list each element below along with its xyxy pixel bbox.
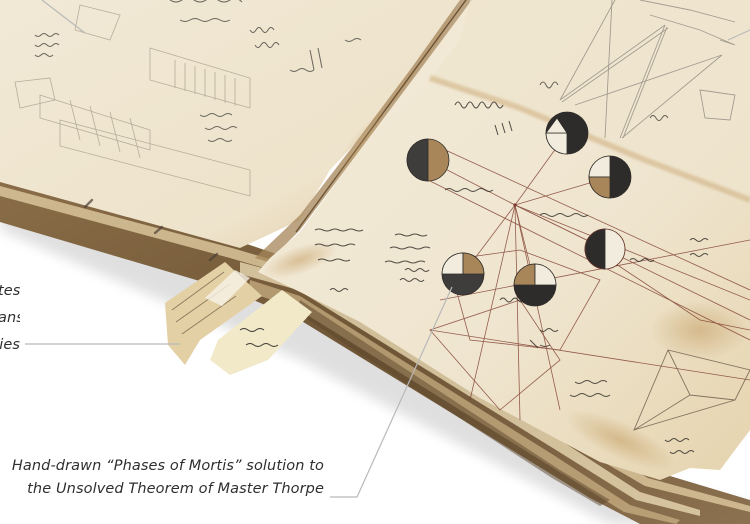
- manuscript-book-illustration: [0, 0, 750, 524]
- callout-left-line-2: ans: [0, 305, 20, 332]
- callout-bottom-caption: Hand-drawn “Phases of Mortis” solution t…: [12, 455, 324, 501]
- caption-line-2: the Unsolved Theorem of Master Thorpe: [12, 478, 324, 501]
- callout-left-text: tes ans ies: [0, 278, 20, 359]
- callout-left-line-3: ies: [0, 332, 20, 359]
- caption-line-1: Hand-drawn “Phases of Mortis” solution t…: [12, 455, 324, 478]
- manuscript-photo: tes ans ies Hand-drawn “Phases of Mortis…: [0, 0, 750, 524]
- callout-left-line-1: tes: [0, 278, 20, 305]
